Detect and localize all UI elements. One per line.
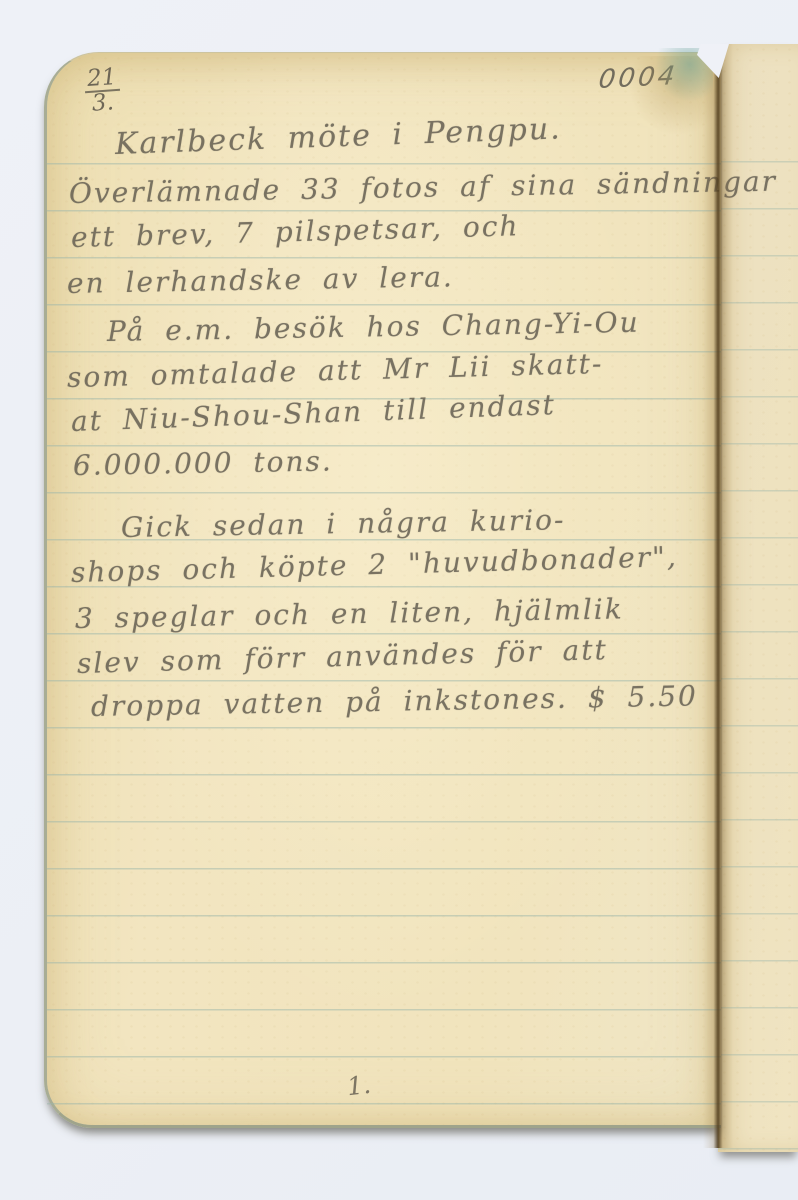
ruled-lines bbox=[47, 163, 721, 1109]
handwritten-line: shops och köpte 2 "huvudbonader", bbox=[71, 540, 679, 589]
handwritten-line: slev som förr användes för att bbox=[77, 633, 609, 680]
handwritten-line: ett brev, 7 pilspetsar, och bbox=[71, 209, 520, 254]
handwritten-line: Överlämnade 33 fotos af sina sändningar bbox=[69, 165, 778, 210]
handwritten-line: På e.m. besök hos Chang-Yi-Ou bbox=[107, 306, 640, 348]
handwritten-line: Gick sedan i några kurio- bbox=[121, 503, 566, 544]
handwritten-line: som omtalade att Mr Lii skatt- bbox=[67, 347, 604, 394]
handwritten-line: 6.000.000 tons. bbox=[73, 444, 333, 482]
handwritten-line: Karlbeck möte i Pengpu. bbox=[114, 111, 562, 162]
date-annotation: 21 3. bbox=[83, 66, 121, 115]
archive-number-stamp: 0004 bbox=[597, 61, 679, 95]
handwritten-line: en lerhandske av lera. bbox=[67, 260, 454, 300]
ruled-lines-next-page bbox=[718, 161, 798, 1151]
page-number-footer: 1. bbox=[346, 1070, 373, 1101]
next-page-edge bbox=[718, 44, 798, 1152]
handwritten-line: at Niu-Shou-Shan till endast bbox=[70, 388, 556, 438]
notebook-page: 21 3. 0004 Karlbeck möte i Pengpu. Överl… bbox=[44, 52, 721, 1128]
date-month: 3. bbox=[85, 91, 122, 115]
notebook-scan: 21 3. 0004 Karlbeck möte i Pengpu. Överl… bbox=[0, 0, 798, 1200]
handwritten-line: 3 speglar och en liten, hjälmlik bbox=[75, 592, 624, 635]
handwritten-line: droppa vatten på inkstones. $ 5.50 bbox=[91, 679, 698, 723]
